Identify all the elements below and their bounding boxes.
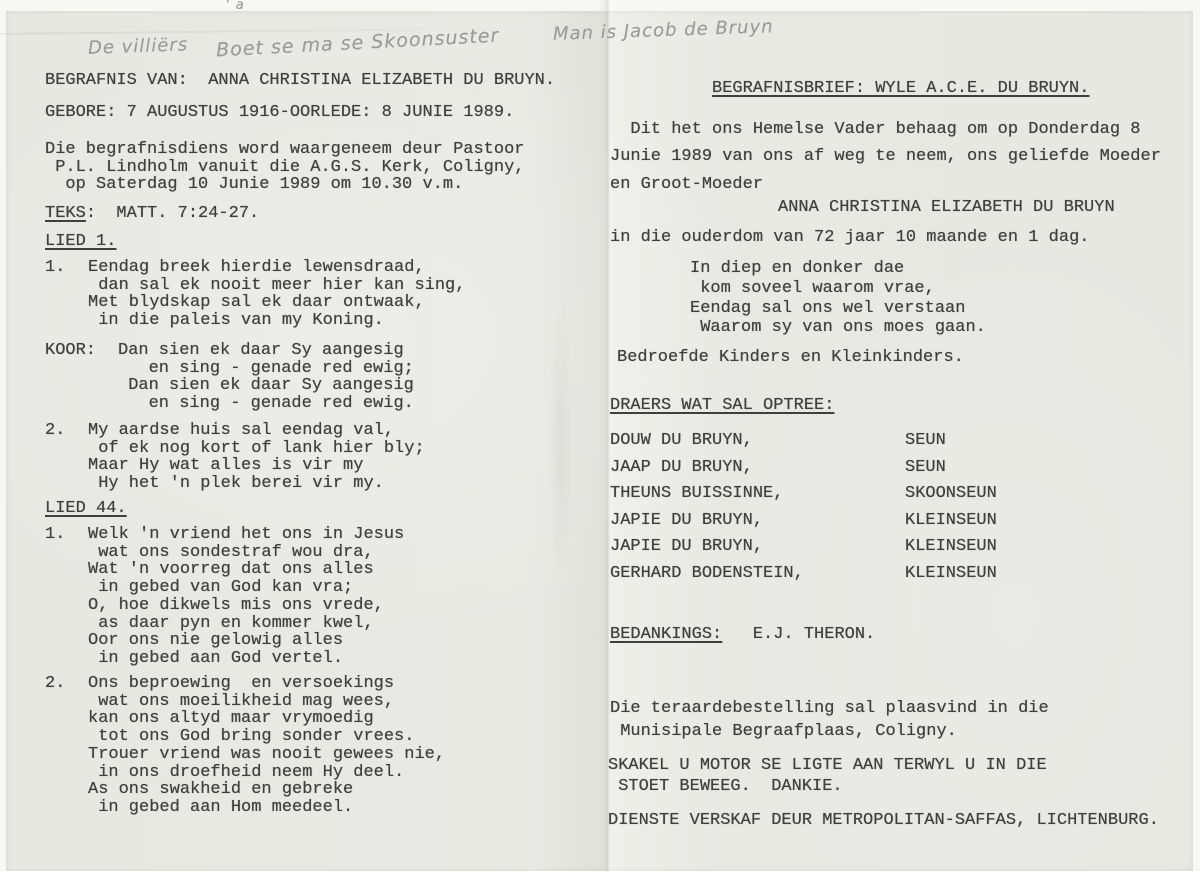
thanks-line: BEDANKINGS: E.J. THERON. — [610, 626, 875, 644]
age-line: in die ouderdom van 72 jaar 10 maande en… — [610, 229, 1089, 247]
bearer-name: THEUNS BUISSINNE, — [610, 485, 783, 503]
lights-notice: SKAKEL U MOTOR SE LIGTE AAN TERWYL U IN … — [608, 756, 1047, 797]
bearer-relation: SEUN — [905, 432, 946, 450]
mourners-line: Bedroefde Kinders en Kleinkinders. — [617, 349, 964, 367]
deceased-name: ANNA CHRISTINA ELIZABETH DU BRUYN — [778, 199, 1115, 217]
song1-verse1-lines: Eendag breek hierdie lewensdraad, dan sa… — [88, 259, 465, 330]
song2-verse1-number: 1. — [45, 526, 65, 544]
bearer-relation: SEUN — [905, 459, 946, 477]
handwritten-annotation-de-villiers: De villiërs — [88, 34, 189, 58]
intro-paragraph: Dit het ons Hemelse Vader behaag om op D… — [610, 116, 1161, 198]
song2-verse1-lines: Welk 'n vriend het ons in Jesus wat ons … — [88, 526, 404, 668]
bearer-name: DOUW DU BRUYN, — [610, 432, 753, 450]
song2-verse2-lines: Ons beproewing en versoekings wat ons mo… — [88, 675, 445, 817]
bearer-row: DOUW DU BRUYN, SEUN — [610, 432, 1170, 459]
scripture-reference: : MATT. 7:24-27. — [86, 204, 259, 223]
burial-paragraph: Die teraardebestelling sal plaasvind in … — [610, 697, 1049, 743]
song2-verse2-number: 2. — [45, 675, 65, 693]
thanks-label: BEDANKINGS: — [610, 625, 722, 644]
bearer-name: JAPIE DU BRUYN, — [610, 538, 763, 556]
document-title: BEGRAFNIS VAN: ANNA CHRISTINA ELIZABETH … — [45, 72, 555, 90]
song1-heading: LIED 1. — [45, 233, 116, 251]
services-line: DIENSTE VERSKAF DEUR METROPOLITAN-SAFFAS… — [608, 812, 1159, 830]
memorial-poem: In diep en donker dae kom soveel waarom … — [690, 259, 986, 338]
bearer-row: JAPIE DU BRUYN, KLEINSEUN — [610, 538, 1170, 565]
bearer-relation: SKOONSEUN — [905, 485, 997, 503]
scripture-label: TEKS — [45, 204, 86, 223]
song1-verse2-number: 2. — [45, 422, 65, 440]
pencil-scratch: ' a — [226, 0, 245, 13]
thanks-spacer — [722, 625, 753, 644]
thanks-value: E.J. THERON. — [753, 625, 875, 644]
bearer-row: GERHARD BODENSTEIN, KLEINSEUN — [610, 565, 1170, 592]
song1-verse1-number: 1. — [45, 259, 65, 277]
bearer-row: THEUNS BUISSINNE, SKOONSEUN — [610, 485, 1170, 512]
bearer-relation: KLEINSEUN — [905, 565, 997, 583]
bearer-name: JAPIE DU BRUYN, — [610, 512, 763, 530]
bearer-name: JAAP DU BRUYN, — [610, 459, 753, 477]
song2-heading: LIED 44. — [45, 500, 127, 518]
scanned-funeral-letter: { "document": { "annotations": { "pencil… — [0, 0, 1200, 871]
chorus-lines: Dan sien ek daar Sy aangesig en sing - g… — [118, 342, 414, 413]
birth-death-line: GEBORE: 7 AUGUSTUS 1916-OORLEDE: 8 JUNIE… — [45, 104, 514, 122]
letter-heading: BEGRAFNISBRIEF: WYLE A.C.E. DU BRUYN. — [712, 80, 1089, 98]
bearer-row: JAAP DU BRUYN, SEUN — [610, 459, 1170, 486]
bearer-relation: KLEINSEUN — [905, 538, 997, 556]
scripture-line: TEKS: MATT. 7:24-27. — [45, 205, 259, 223]
service-paragraph: Die begrafnisdiens word waargeneem deur … — [45, 141, 524, 194]
bearers-heading: DRAERS WAT SAL OPTREE: — [610, 397, 834, 415]
fold-wrinkle-shadow — [548, 290, 574, 590]
bearer-relation: KLEINSEUN — [905, 512, 997, 530]
bearer-name: GERHARD BODENSTEIN, — [610, 565, 804, 583]
bearer-row: JAPIE DU BRUYN, KLEINSEUN — [610, 512, 1170, 539]
chorus-label: KOOR: — [45, 342, 96, 360]
song1-verse2-lines: My aardse huis sal eendag val, of ek nog… — [88, 422, 425, 493]
